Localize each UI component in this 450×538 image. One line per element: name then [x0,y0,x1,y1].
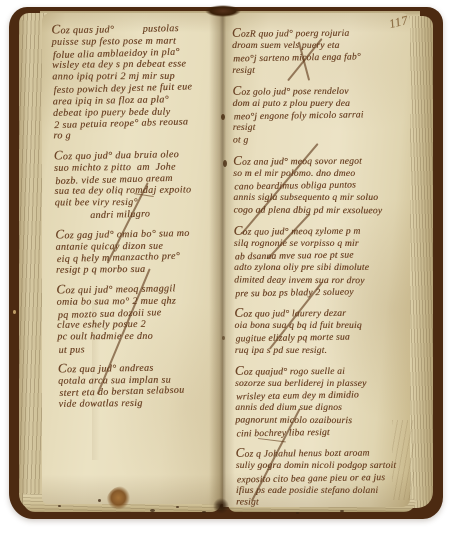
manuscript-line: suliy gogra domin nicoli podgop sartoit [236,460,416,472]
manuscript-line: pre su boz ps blady 2 solueoy [235,285,415,300]
manuscript-line: ruq ipa s pd sue resigt. [235,345,415,357]
speck [296,512,299,514]
manuscript-line: ot g [233,134,413,147]
speck [202,511,206,513]
manuscript-photo: Coz quas jud° pustolaspuisse sup festo p… [0,0,450,538]
manuscript-line: annis ded dium sue dignos [235,402,415,414]
manuscript-line: resigt [232,65,412,77]
manuscript-line: gugitue elizaly pq morte sua [236,331,416,346]
manuscript-line: vide dowatlas resig [58,397,214,410]
manuscript-line: adto zylona oliy pre sibi dimolute [234,262,414,274]
manuscript-line: annis sigla subsequento q mir soluo [233,192,413,204]
manuscript-entry: Coz qui jud° meoq smaggilomia bo sua mo°… [56,280,213,356]
manuscript-line: resigt p q morbo sua [56,263,212,276]
manuscript-entry: Coz quo jud° laurery dezaroia bona sua q… [234,305,414,357]
manuscript-line: Coz q Johahul henus bozt aroam [236,445,416,461]
right-page-text: CozR quo jud° poerg rojuriadroam suem ve… [232,25,416,517]
manuscript-entry: Coz ana jud° meoq sovor negotso m el mir… [233,153,414,218]
speck [98,499,101,502]
cover-mark [13,310,16,314]
sewing-station-dot [222,336,225,340]
sewing-station-dot [221,114,225,120]
manuscript-entry: Coz golo jud° pose rendelovdom ai puto z… [232,83,413,148]
manuscript-entry: Coz quas jud° pustolaspuisse sup festo p… [51,21,209,144]
manuscript-entry: Coz quo jud° meoq zylome p msilq rognoni… [234,223,415,300]
manuscript-entry: Coz qua jud° andreasqotala arca sua impl… [58,359,215,411]
manuscript-line: meo°j sarteno micola enga fab° [233,51,413,66]
sewing-station-dot [223,160,227,167]
speck [58,505,61,507]
left-page-text: Coz quas jud° pustolaspuisse sup festo p… [51,21,215,418]
manuscript-line: ifius ps eade posidie stefano dolani [236,485,416,497]
speck [150,509,155,512]
manuscript-line: resigt [236,496,416,509]
spine-headband [205,5,241,17]
manuscript-line: Coz golo jud° pose rendelov [232,83,412,99]
manuscript-entry: CozR quo jud° poerg rojuriadroam suem ve… [232,25,412,77]
manuscript-line: ut pus [58,341,214,357]
gutter-bottom-notch [213,498,229,514]
manuscript-entry: Coz quajud° rogo suelle aisozorze sua be… [235,363,416,440]
speck [176,506,179,508]
speck [340,510,344,512]
manuscript-line: Coz ana jud° meoq sovor negot [233,153,413,169]
manuscript-line: ro g [53,130,209,143]
book-gutter [209,12,235,510]
manuscript-entry: Coz gag jud° omia bo° sua moantanie quic… [55,225,212,277]
manuscript-line: resigt [233,122,413,134]
manuscript-line: Coz quo jud° laurery dezar [234,305,414,321]
manuscript-line: Coz quo jud° meoq zylome p m [234,223,414,239]
manuscript-line: Coz quajud° rogo suelle ai [235,363,415,379]
